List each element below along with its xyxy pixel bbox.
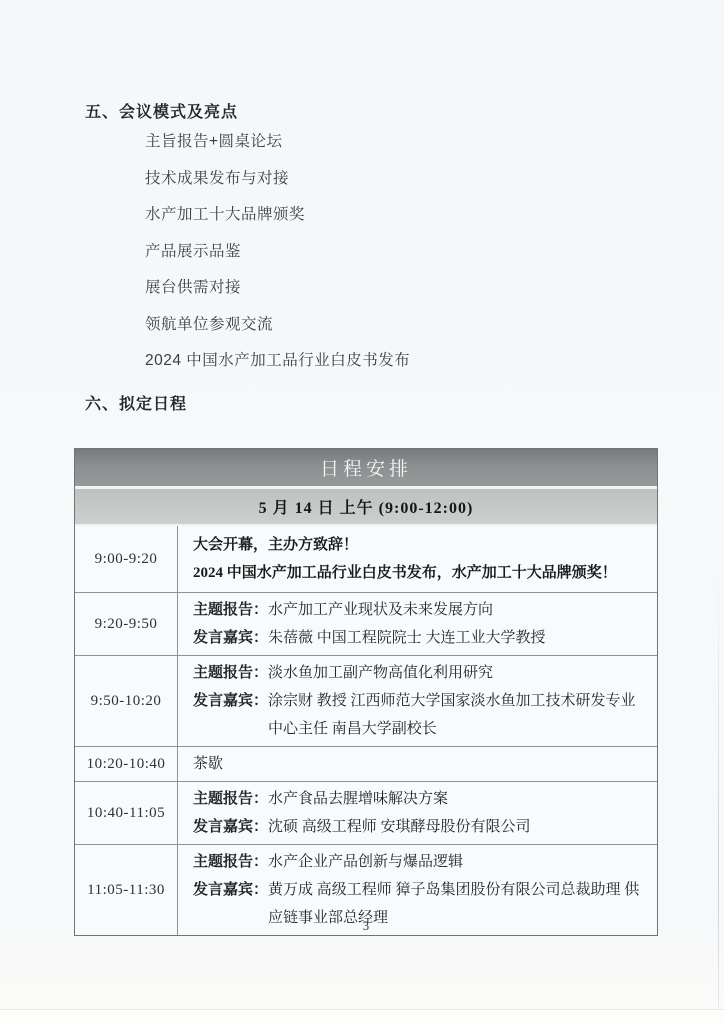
content-line: 发言嘉宾： 朱蓓薇 中国工程院院士 大连工业大学教授	[193, 624, 649, 652]
time-cell: 9:20-9:50	[75, 593, 178, 655]
content-cell: 主题报告： 水产加工产业现状及未来发展方向 发言嘉宾： 朱蓓薇 中国工程院院士 …	[178, 593, 657, 655]
time-cell: 9:50-10:20	[75, 656, 178, 746]
page-number: 3	[74, 919, 658, 934]
line-label: 发言嘉宾：	[193, 813, 268, 841]
content-line: 主题报告： 水产加工产业现状及未来发展方向	[193, 596, 649, 624]
content-cell: 茶歇	[178, 747, 657, 781]
content-line: 2024 中国水产加工品行业白皮书发布，水产加工十大品牌颁奖！	[193, 559, 649, 587]
scan-edge-artifact	[0, 1009, 724, 1024]
time-cell: 9:00-9:20	[75, 526, 178, 592]
list-item: 2024 中国水产加工品行业白皮书发布	[145, 352, 565, 369]
content-line: 发言嘉宾： 涂宗财 教授 江西师范大学国家淡水鱼加工技术研发专业中心主任 南昌大…	[193, 687, 649, 743]
content-line: 发言嘉宾： 沈硕 高级工程师 安琪酵母股份有限公司	[193, 813, 649, 841]
line-label: 主题报告：	[193, 659, 268, 687]
line-label: 主题报告：	[193, 848, 268, 876]
section-6-heading: 六、拟定日程	[85, 391, 187, 414]
scan-edge-artifact	[718, 0, 719, 1024]
line-label: 发言嘉宾：	[193, 687, 268, 743]
line-text: 水产食品去腥增味解决方案	[268, 785, 649, 813]
line-text: 水产企业产品创新与爆品逻辑	[268, 848, 649, 876]
table-row: 10:20-10:40 茶歇	[75, 747, 657, 782]
line-label: 主题报告：	[193, 596, 268, 624]
table-row: 9:50-10:20 主题报告： 淡水鱼加工副产物高值化利用研究 发言嘉宾： 涂…	[75, 656, 657, 747]
time-cell: 10:40-11:05	[75, 782, 178, 844]
line-text: 淡水鱼加工副产物高值化利用研究	[268, 659, 649, 687]
list-item: 水产加工十大品牌颁奖	[145, 206, 565, 223]
content-line: 茶歇	[193, 750, 649, 778]
schedule-title-bar: 日程安排	[75, 449, 657, 489]
content-line: 主题报告： 淡水鱼加工副产物高值化利用研究	[193, 659, 649, 687]
highlights-list: 主旨报告+圆桌论坛 技术成果发布与对接 水产加工十大品牌颁奖 产品展示品鉴 展台…	[145, 133, 565, 389]
content-cell: 主题报告： 淡水鱼加工副产物高值化利用研究 发言嘉宾： 涂宗财 教授 江西师范大…	[178, 656, 657, 746]
time-cell: 10:20-10:40	[75, 747, 178, 781]
schedule-body: 9:00-9:20 大会开幕，主办方致辞！ 2024 中国水产加工品行业白皮书发…	[75, 526, 657, 935]
schedule-table: 日程安排 5 月 14 日 上午 (9:00-12:00) 9:00-9:20 …	[74, 448, 658, 936]
line-text: 茶歇	[193, 750, 649, 778]
content-line: 主题报告： 水产食品去腥增味解决方案	[193, 785, 649, 813]
list-item: 主旨报告+圆桌论坛	[145, 133, 565, 150]
line-text: 涂宗财 教授 江西师范大学国家淡水鱼加工技术研发专业中心主任 南昌大学副校长	[268, 687, 649, 743]
line-label: 发言嘉宾：	[193, 624, 268, 652]
list-item: 产品展示品鉴	[145, 243, 565, 260]
list-item: 技术成果发布与对接	[145, 170, 565, 187]
content-cell: 主题报告： 水产食品去腥增味解决方案 发言嘉宾： 沈硕 高级工程师 安琪酵母股份…	[178, 782, 657, 844]
content-cell: 大会开幕，主办方致辞！ 2024 中国水产加工品行业白皮书发布，水产加工十大品牌…	[178, 526, 657, 592]
session-header: 5 月 14 日 上午 (9:00-12:00)	[75, 489, 657, 526]
line-text: 大会开幕，主办方致辞！	[193, 531, 649, 559]
list-item: 展台供需对接	[145, 279, 565, 296]
section-5-heading: 五、会议模式及亮点	[85, 99, 238, 122]
line-text: 水产加工产业现状及未来发展方向	[268, 596, 649, 624]
list-item: 领航单位参观交流	[145, 316, 565, 333]
line-label: 主题报告：	[193, 785, 268, 813]
table-row: 9:20-9:50 主题报告： 水产加工产业现状及未来发展方向 发言嘉宾： 朱蓓…	[75, 593, 657, 656]
content-line: 大会开幕，主办方致辞！	[193, 531, 649, 559]
table-row: 10:40-11:05 主题报告： 水产食品去腥增味解决方案 发言嘉宾： 沈硕 …	[75, 782, 657, 845]
table-row: 9:00-9:20 大会开幕，主办方致辞！ 2024 中国水产加工品行业白皮书发…	[75, 526, 657, 593]
line-text: 沈硕 高级工程师 安琪酵母股份有限公司	[268, 813, 649, 841]
line-text: 朱蓓薇 中国工程院院士 大连工业大学教授	[268, 624, 649, 652]
document-page: 五、会议模式及亮点 主旨报告+圆桌论坛 技术成果发布与对接 水产加工十大品牌颁奖…	[0, 0, 724, 1024]
line-text: 2024 中国水产加工品行业白皮书发布，水产加工十大品牌颁奖！	[193, 559, 649, 587]
content-line: 主题报告： 水产企业产品创新与爆品逻辑	[193, 848, 649, 876]
